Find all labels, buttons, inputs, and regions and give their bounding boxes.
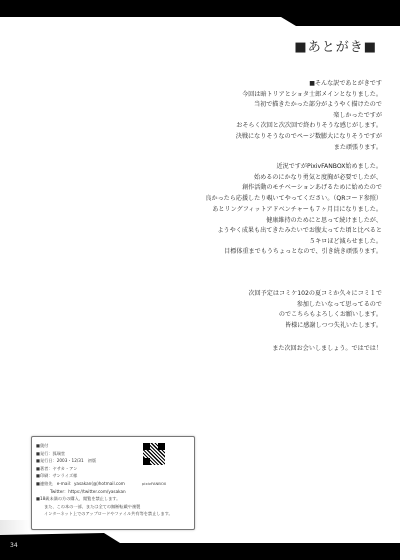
text-line: 良かったら応援したり覗いてやってください。（QRコード参照） [205,194,382,205]
afterword-paragraph-3: あとリングフィットアドベンチャーも７ヶ月目になりました。 健康維持のためにと思っ… [212,205,382,258]
text-line: 次回予定はコミケ102の夏コミか久々にコミ１で [248,289,382,300]
colophon-author: ■著者：ヤサカ・アン [36,465,173,473]
colophon-printer: ■印刷：サンライズ様 [36,472,173,480]
bottom-black-band [0,533,400,560]
corner-shadow [0,520,30,536]
text-line: ５キロほど減らせました。 [212,237,382,248]
text-line: 決戦になりそうなのでページ数膨大になりそうですが [236,132,382,143]
text-line: 健康維持のためにと思って続けましたが、 [212,216,382,227]
afterword-paragraph-6: また次回お会いしましょう。ではでは！ [272,344,382,355]
text-line: 今回は暗トリアとショタ士郎メインとなりました。 [236,90,382,101]
page-title: ■あとがき■ [294,36,377,55]
colophon-upload-notice: インターネット上でのアップロードやファイル共有等を禁止します。 [36,510,173,518]
colophon-copy-notice: また、この本の一部、または全ての無断転載や複製 [36,503,173,511]
afterword-paragraph-2: 近況ですがPixivFANBOX始めました。 始めるのにかなり勇気と度胸が必要で… [205,162,382,204]
text-line: ようやく成果も出てきたみたいでお腹太ってた頃と比べると [212,226,382,237]
top-black-band [0,0,400,26]
text-line: おそらく次回と次次回で終わりそうな感じがします。 [236,121,382,132]
text-line: 近況ですがPixivFANBOX始めました。 [205,162,382,173]
text-line: 当初で描きたかった部分がようやく描けたので [236,100,382,111]
text-line: また次回お会いしましょう。ではでは！ [272,344,382,355]
text-line: ■そんな訳であとがきです [236,79,382,90]
text-line: また頑張ります。 [236,143,382,154]
text-line: あとリングフィットアドベンチャーも７ヶ月目になりました。 [212,205,382,216]
text-line: 皆様に感謝しつつ失礼いたします。 [285,321,382,332]
text-line: 参加したいなって思ってるので [248,300,382,311]
qr-code-icon [143,443,165,465]
qr-label: pixivFANBOX [142,480,166,488]
text-line: のでこちらもよろしくお願いします。 [248,310,382,321]
page-number: 34 [10,542,18,549]
text-line: 始めるのにかなり勇気と度胸が必要でしたが、 [205,173,382,184]
text-line: 楽しかったですが [236,111,382,122]
afterword-paragraph-5: 皆様に感謝しつつ失礼いたします。 [285,321,382,332]
colophon-box: ■奥付 ■発行：狐瑞堂 ■発行日：2003・12/31 初版 ■著者：ヤサカ・ア… [31,436,195,530]
colophon-contact-twitter: Twitter：https://twitter.com/yasakan [36,488,173,496]
afterword-paragraph-1: ■そんな訳であとがきです 今回は暗トリアとショタ士郎メインとなりました。 当初で… [236,79,382,153]
colophon-age-notice: ■18歳未満の方の購入、閲覧を禁止します。 [36,495,173,503]
text-line: 目標体重までもうちょっとなので、引き続き頑張ります。 [212,247,382,258]
text-line: 創作活動のモチベーションあげるために始めたので [205,183,382,194]
afterword-paragraph-4: 次回予定はコミケ102の夏コミか久々にコミ１で 参加したいなって思ってるので の… [248,289,382,321]
